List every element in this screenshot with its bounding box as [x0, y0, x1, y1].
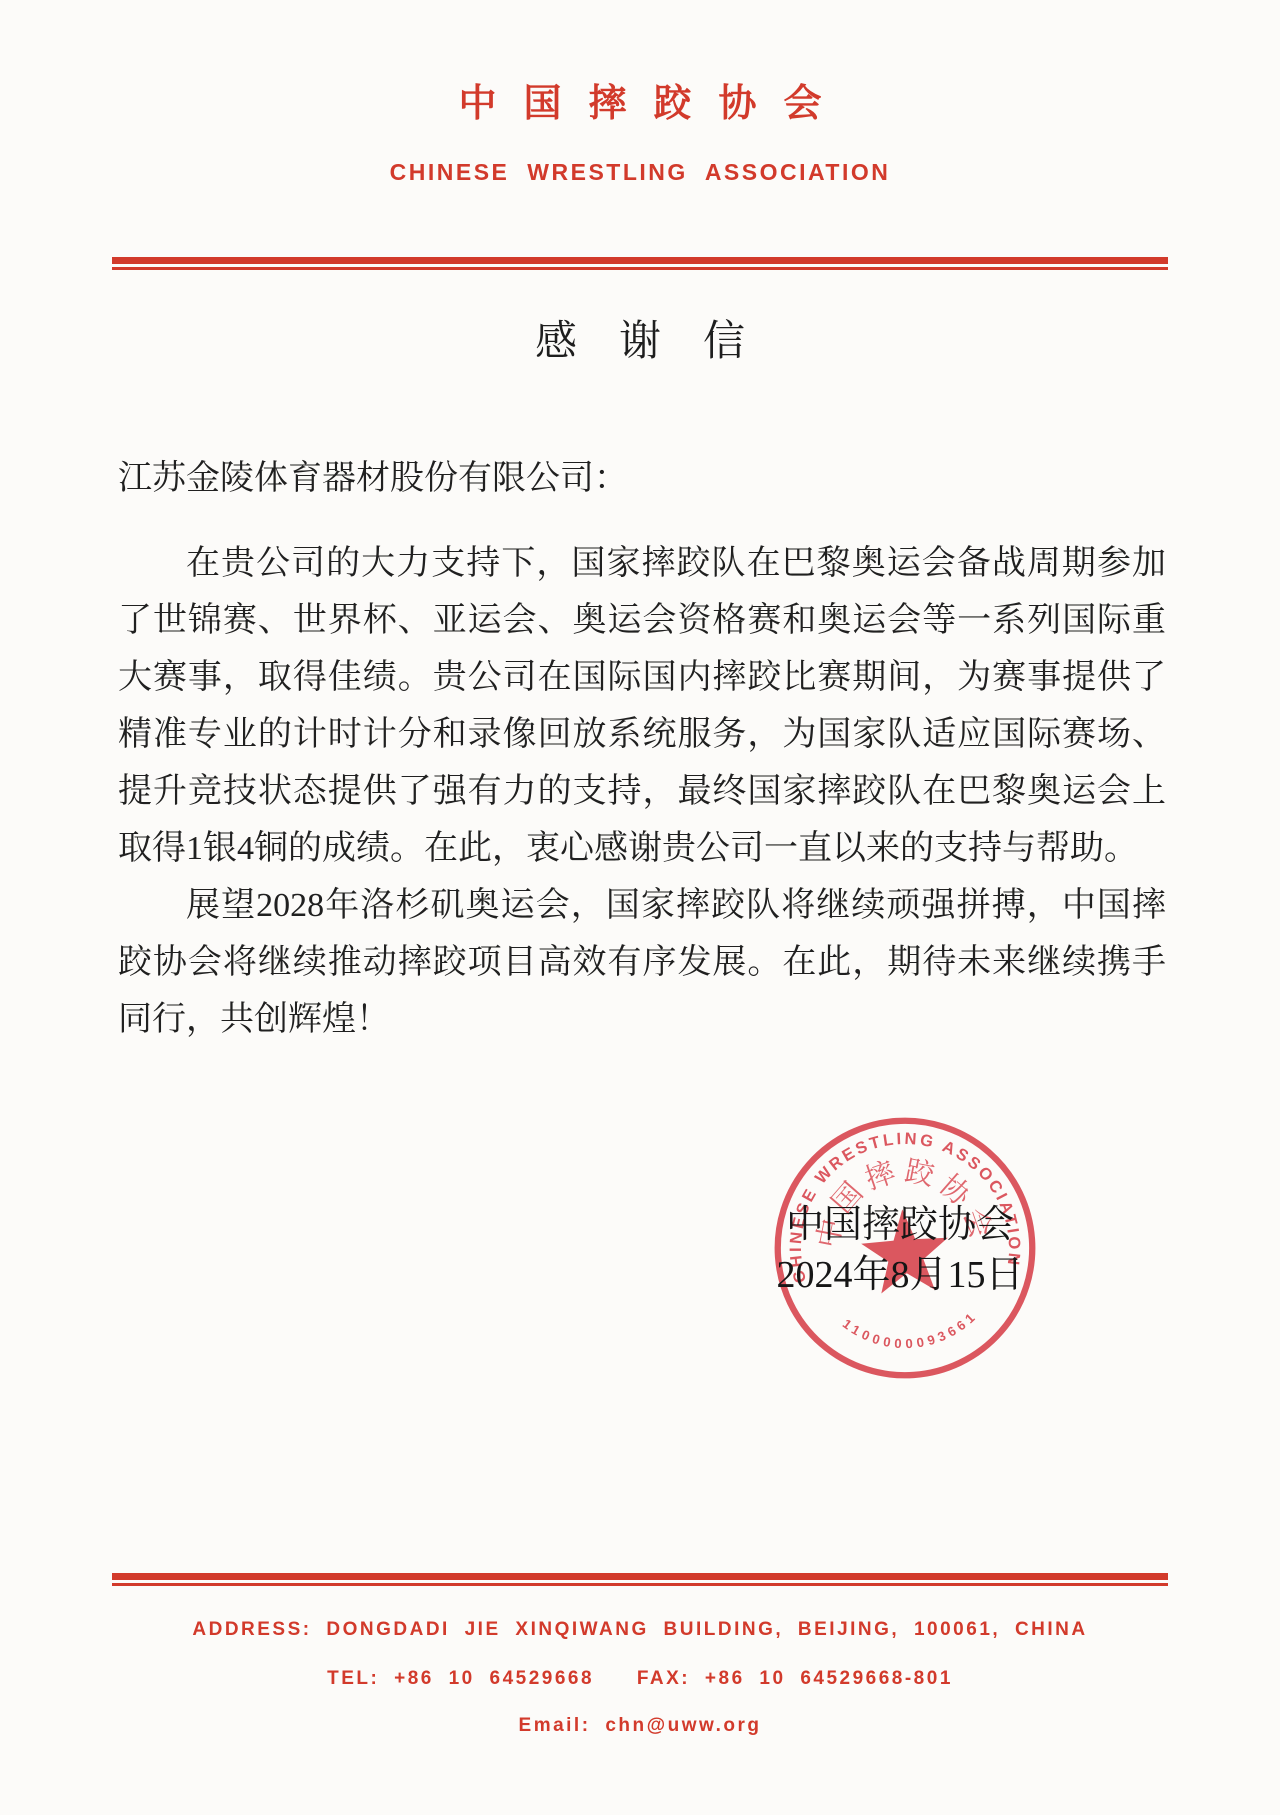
letter-body: 江苏金陵体育器材股份有限公司： 在贵公司的大力支持下，国家摔跤队在巴黎奥运会备战…: [118, 450, 1166, 1048]
org-name-chinese: 中国摔跤协会: [0, 84, 1280, 124]
seal-number: 1100000093661: [839, 1307, 983, 1356]
paragraph-2: 展望2028年洛杉矶奥运会，国家摔跤队将继续顽强拼搏，中国摔跤协会将继续推动摔跤…: [118, 877, 1166, 1048]
seal-graphic: CHINESE WRESTLING ASSOCIATION 1100000093…: [760, 1103, 1050, 1393]
official-seal: CHINESE WRESTLING ASSOCIATION 1100000093…: [760, 1103, 1050, 1393]
org-name-english: CHINESE WRESTLING ASSOCIATION: [0, 158, 1280, 186]
seal-char-3: 摔: [861, 1156, 899, 1197]
footer-tel: TEL: +86 10 64529668: [327, 1668, 594, 1689]
signature-date: 2024年8月15日: [716, 1253, 1084, 1297]
divider-thick-line: [112, 257, 1168, 264]
footer-fax: FAX: +86 10 64529668-801: [637, 1668, 953, 1689]
seal-char-4: 跤: [902, 1154, 938, 1192]
signature-org: 中国摔跤协会: [716, 1203, 1084, 1247]
footer-divider: [112, 1573, 1168, 1586]
salutation: 江苏金陵体育器材股份有限公司：: [118, 450, 1166, 507]
letter-title: 感谢信: [0, 318, 1280, 366]
header-divider: [112, 257, 1168, 270]
footer-tel-fax: TEL: +86 10 64529668 FAX: +86 10 6452966…: [0, 1667, 1280, 1691]
divider-thin-line: [112, 267, 1168, 270]
footer-address: ADDRESS: DONGDADI JIE XINQIWANG BUILDING…: [0, 1618, 1280, 1642]
divider-thin-line: [112, 1583, 1168, 1586]
footer-email: Email: chn@uww.org: [0, 1714, 1280, 1738]
paragraph-1: 在贵公司的大力支持下，国家摔跤队在巴黎奥运会备战周期参加了世锦赛、世界杯、亚运会…: [118, 535, 1166, 877]
letter-page: 中国摔跤协会 CHINESE WRESTLING ASSOCIATION 感谢信…: [0, 0, 1280, 1815]
divider-thick-line: [112, 1573, 1168, 1580]
